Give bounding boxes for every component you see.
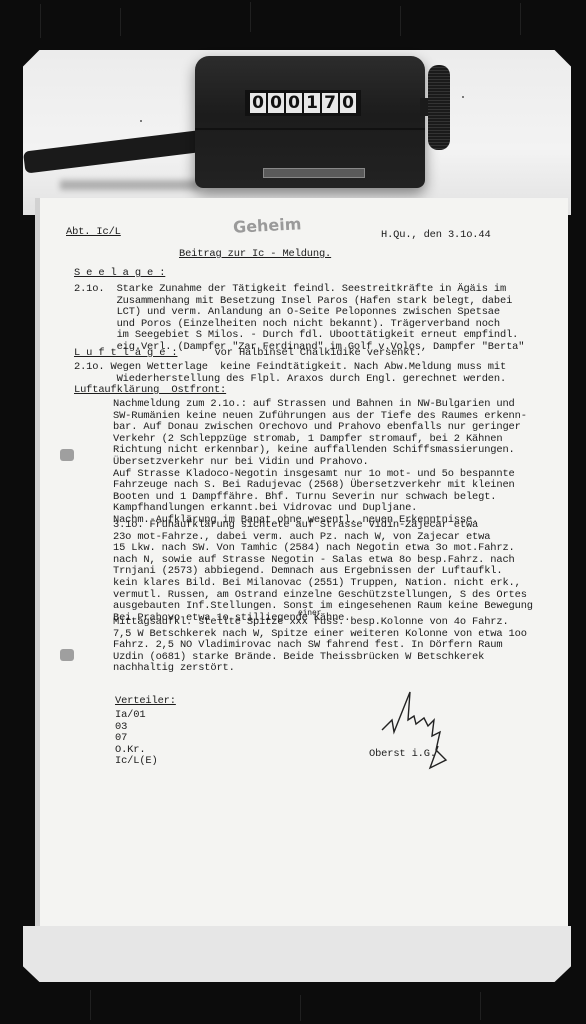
counter-reset-knob-icon [428, 65, 450, 150]
distribution-heading: Verteiler: [115, 696, 176, 708]
dust-speck [462, 96, 464, 98]
film-scratch [520, 3, 521, 35]
secret-stamp: Geheim [233, 214, 302, 237]
film-scratch [400, 6, 401, 36]
film-scratch [250, 2, 251, 32]
text-line: Übersetzverkehr nur bei Vidin und Prahov… [113, 457, 369, 469]
counter-digit: 0 [286, 93, 302, 113]
counter-digit: 1 [304, 93, 320, 113]
text-line: 2.1o. Wegen Wetterlage keine Feindtätigk… [74, 362, 506, 374]
film-scratch [90, 990, 91, 1020]
document-title: Beitrag zur Ic - Meldung. [179, 249, 331, 261]
mount-card-bottom [23, 926, 571, 982]
section-heading-luftlage: L u f t l a g e : [74, 348, 177, 360]
text-line: nachhaltig zerstört. [113, 663, 235, 675]
distribution-item: Ic/L(E) [115, 756, 158, 768]
text-line: Mittagsaufkl. stellte Spitze xxx russ. b… [113, 617, 509, 629]
text-line: 3.1o. Frühaufklärung sichtete auf Strass… [113, 520, 478, 532]
counter-seam [195, 128, 425, 130]
film-scratch [120, 8, 121, 36]
text-line: 2.1o. Starke Zunahme der Tätigkeit feind… [74, 284, 506, 296]
department-header: Abt. Ic/L [66, 227, 121, 239]
counter-digits: 0 0 0 1 7 0 [245, 90, 361, 116]
counter-digit: 0 [250, 93, 266, 113]
counter-label-slot [263, 168, 365, 178]
punch-hole-icon [60, 649, 74, 661]
text-line: Nachmeldung zum 2.1o.: auf Strassen und … [113, 399, 515, 411]
section-heading-seelage: S e e l a g e : [74, 268, 165, 280]
text-line: kein klares Bild. Bei Milanovac (2551) T… [113, 578, 521, 590]
film-scratch [480, 992, 481, 1020]
luftlage-heading-tail: vor Halbinsel Chalkidike versenkt. [172, 348, 422, 360]
counter-digit: 0 [340, 93, 356, 113]
distribution-item: Ia/01 [115, 710, 145, 722]
frame-counter-device: 0 0 0 1 7 0 [195, 56, 425, 188]
film-scratch [40, 4, 41, 38]
film-scratch [300, 995, 301, 1021]
cable-shadow [60, 180, 200, 190]
punch-hole-icon [60, 449, 74, 461]
dust-speck [140, 120, 142, 122]
place-date: H.Qu., den 3.1o.44 [381, 230, 491, 242]
counter-digit: 0 [268, 93, 284, 113]
signatory-rank: Oberst i.G. [369, 749, 436, 761]
counter-digit: 7 [322, 93, 338, 113]
section-heading-luftaufklaerung: Luftaufklärung Ostfront: [74, 385, 226, 397]
